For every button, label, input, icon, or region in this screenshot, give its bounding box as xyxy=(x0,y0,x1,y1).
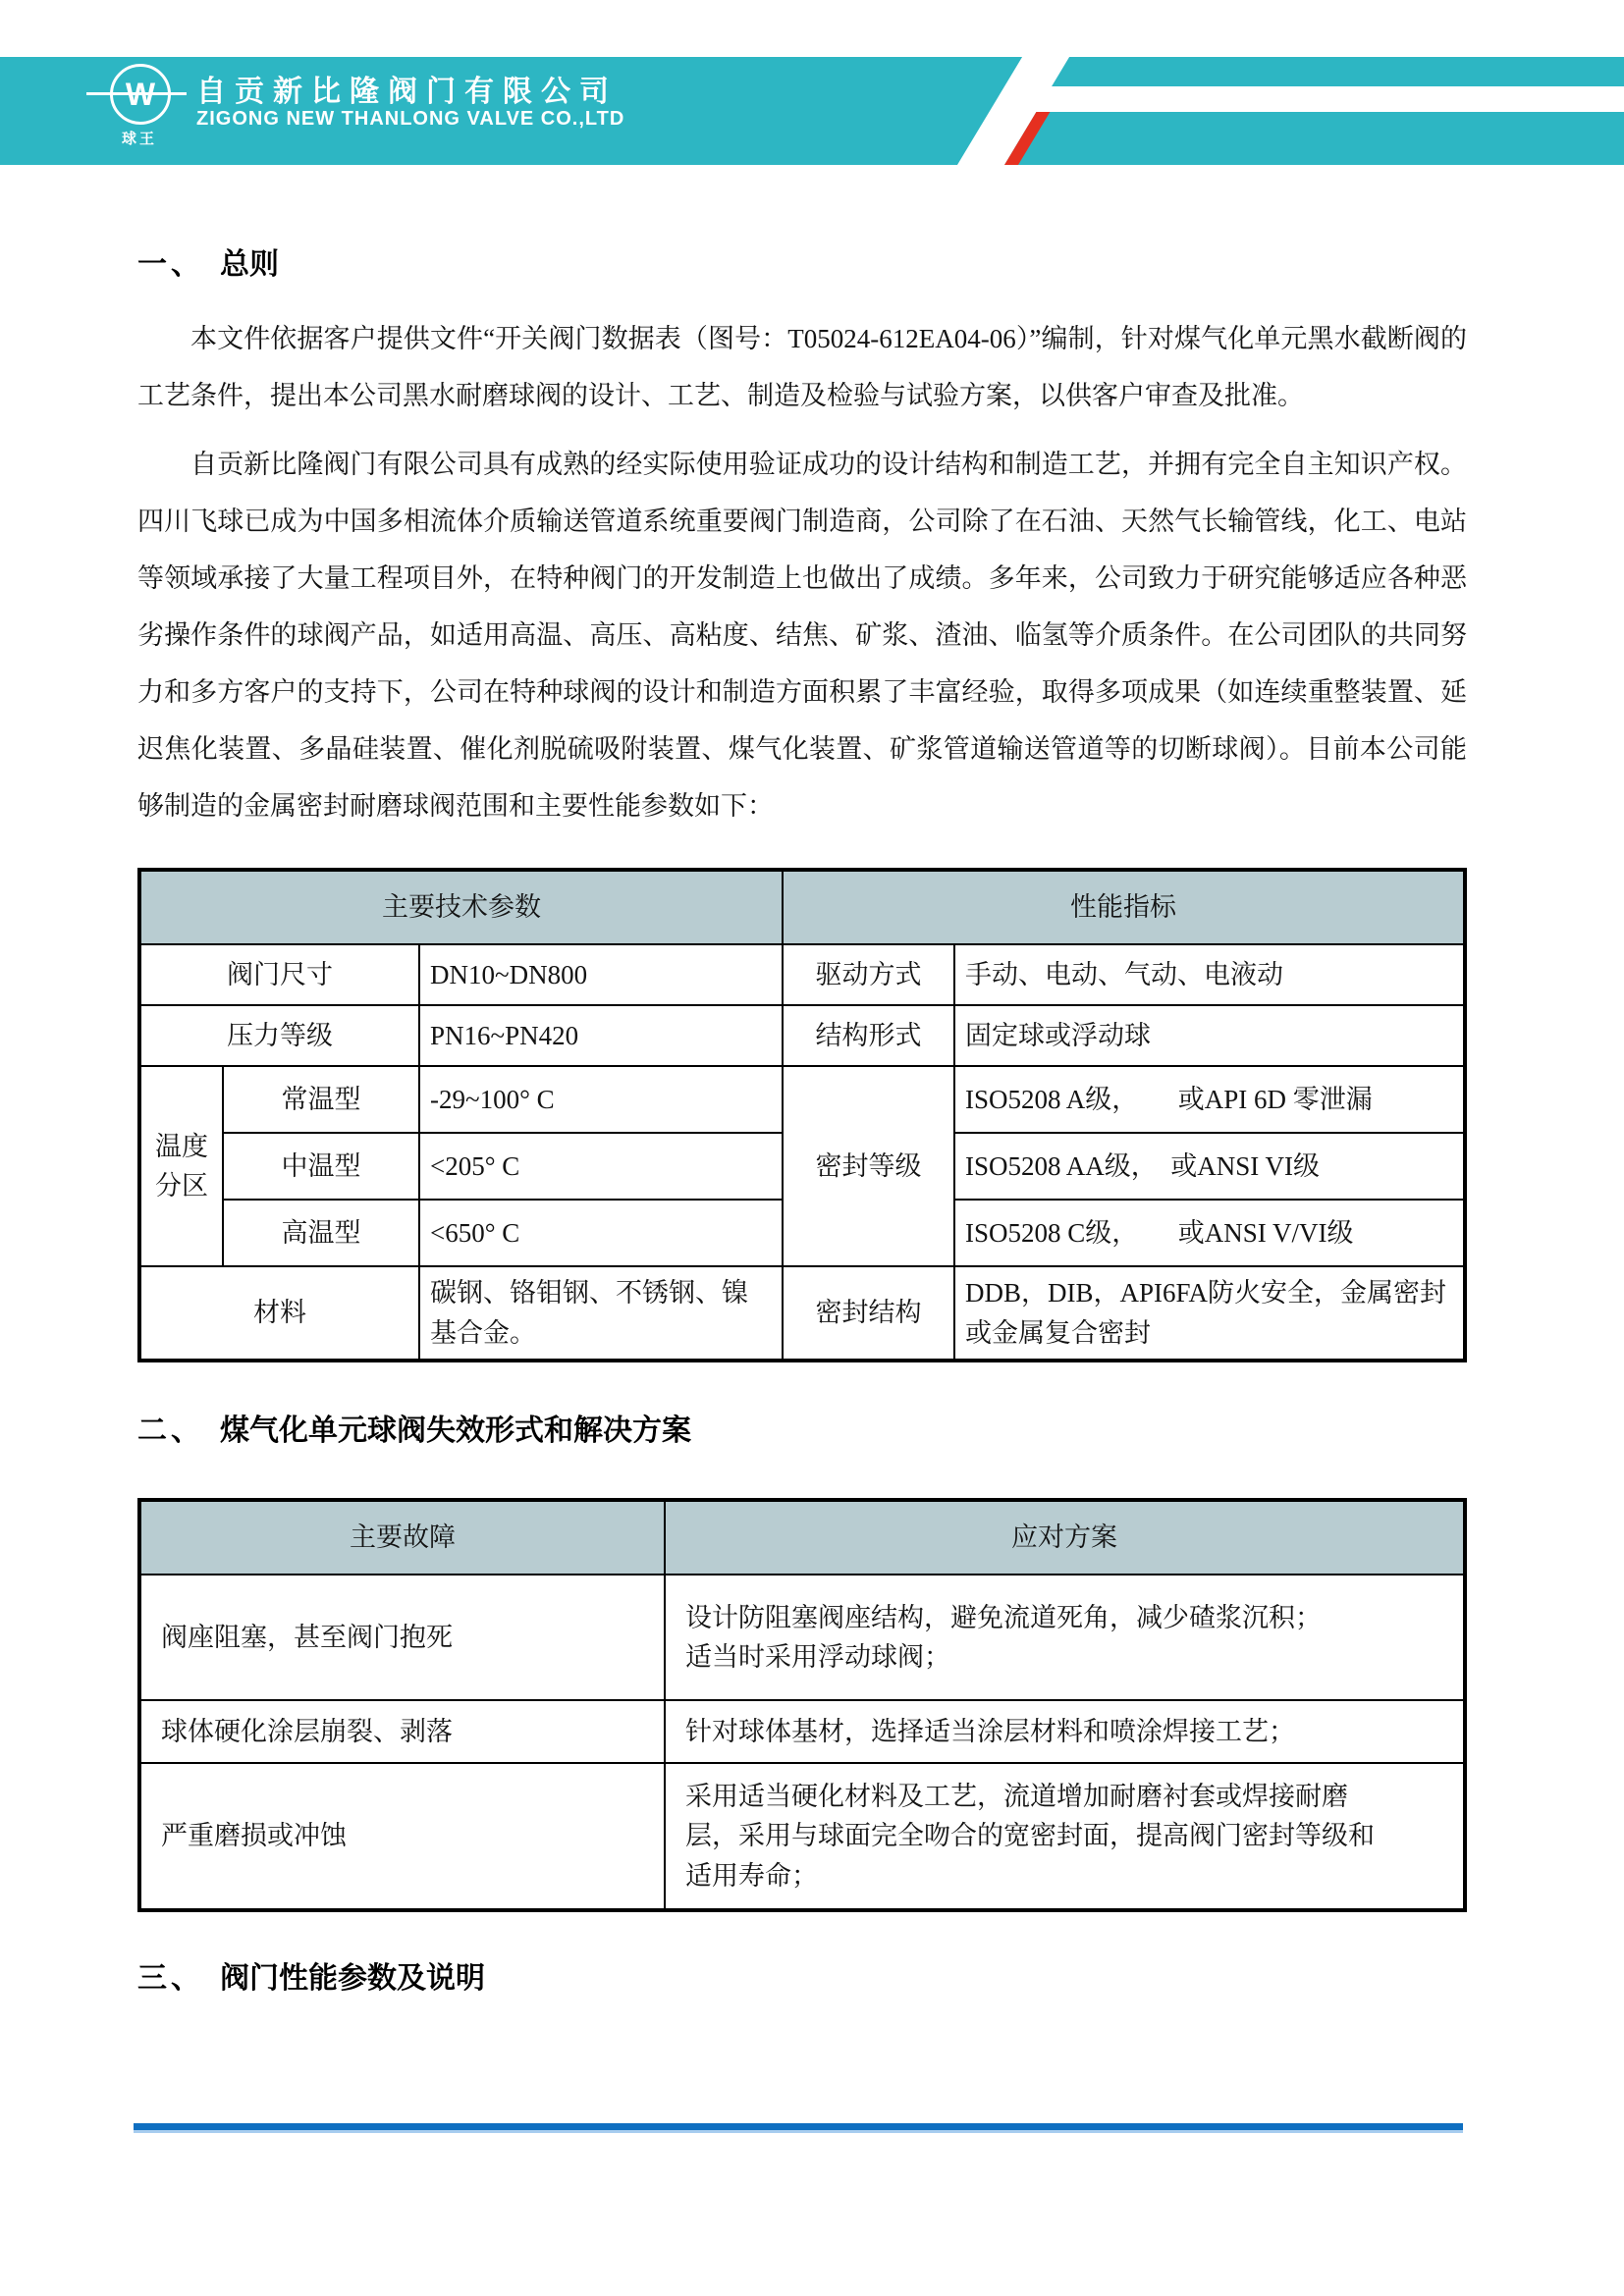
t1-temp-normal-value: -29~100° C xyxy=(419,1066,783,1133)
t1-structure-value: 固定球或浮动球 xyxy=(954,1005,1465,1066)
t1-temp-normal-label: 常温型 xyxy=(223,1066,419,1133)
section-1-paragraph-1: 本文件依据客户提供文件“开关阀门数据表（图号：T05024-612EA04-06… xyxy=(137,310,1467,424)
t2-row2-fault: 球体硬化涂层崩裂、剥落 xyxy=(139,1700,665,1763)
t1-temp-mid-label: 中温型 xyxy=(223,1133,419,1200)
section-1-title: 总则 xyxy=(220,240,279,283)
t1-seal-grade-label: 密封等级 xyxy=(783,1066,954,1266)
table-row: 主要故障 应对方案 xyxy=(139,1500,1465,1575)
t1-seal-structure-label: 密封结构 xyxy=(783,1266,954,1361)
t2-row3-solution: 采用适当硬化材料及工艺，流道增加耐磨衬套或焊接耐磨 层，采用与球面完全吻合的宽密… xyxy=(665,1763,1465,1910)
t1-size-label: 阀门尺寸 xyxy=(139,944,419,1005)
t1-seal-grade-aa: ISO5208 AA级， 或ANSI VI级 xyxy=(954,1133,1465,1200)
failure-modes-table: 主要故障 应对方案 阀座阻塞，甚至阀门抱死 设计防阻塞阀座结构，避免流道死角，减… xyxy=(137,1498,1467,1912)
table-row: 温度分区 常温型 -29~100° C 密封等级 ISO5208 A级， 或AP… xyxy=(139,1066,1465,1133)
table-row: 阀门尺寸 DN10~DN800 驱动方式 手动、电动、气动、电液动 xyxy=(139,944,1465,1005)
section-3-heading: 三、 阀门性能参数及说明 xyxy=(137,1953,1467,1997)
t1-drive-value: 手动、电动、气动、电液动 xyxy=(954,944,1465,1005)
t2-row1-fault: 阀座阻塞，甚至阀门抱死 xyxy=(139,1575,665,1700)
t1-pressure-value: PN16~PN420 xyxy=(419,1005,783,1066)
section-3-number: 三、 xyxy=(137,1953,204,1997)
t1-seal-grade-a: ISO5208 A级， 或API 6D 零泄漏 xyxy=(954,1066,1465,1133)
section-2-heading: 二、 煤气化单元球阀失效形式和解决方案 xyxy=(137,1406,1467,1449)
document-page: W 球王 自贡新比隆阀门有限公司 ZIGONG NEW THANLONG VAL… xyxy=(0,0,1624,2296)
footer-divider xyxy=(134,2123,1463,2133)
t2-header-solution: 应对方案 xyxy=(665,1500,1465,1575)
t1-temp-group-label: 温度分区 xyxy=(139,1066,223,1266)
section-2-number: 二、 xyxy=(137,1406,204,1449)
t1-size-value: DN10~DN800 xyxy=(419,944,783,1005)
section-3-title: 阀门性能参数及说明 xyxy=(220,1953,485,1997)
table-row: 主要技术参数 性能指标 xyxy=(139,870,1465,944)
company-banner: W 球王 自贡新比隆阀门有限公司 ZIGONG NEW THANLONG VAL… xyxy=(0,57,1624,165)
t1-seal-structure-value: DDB，DIB，API6FA防火安全，金属密封或金属复合密封 xyxy=(954,1266,1465,1361)
section-2-title: 煤气化单元球阀失效形式和解决方案 xyxy=(220,1406,691,1449)
t1-temp-mid-value: <205° C xyxy=(419,1133,783,1200)
t1-drive-label: 驱动方式 xyxy=(783,944,954,1005)
t2-row1-solution: 设计防阻塞阀座结构，避免流道死角，减少碴浆沉积； 适当时采用浮动球阀； xyxy=(665,1575,1465,1700)
table-row: 阀座阻塞，甚至阀门抱死 设计防阻塞阀座结构，避免流道死角，减少碴浆沉积； 适当时… xyxy=(139,1575,1465,1700)
table-row: 严重磨损或冲蚀 采用适当硬化材料及工艺，流道增加耐磨衬套或焊接耐磨 层，采用与球… xyxy=(139,1763,1465,1910)
technical-parameters-table: 主要技术参数 性能指标 阀门尺寸 DN10~DN800 驱动方式 手动、电动、气… xyxy=(137,868,1467,1362)
t2-row2-solution: 针对球体基材，选择适当涂层材料和喷涂焊接工艺； xyxy=(665,1700,1465,1763)
section-1-heading: 一、 总则 xyxy=(137,240,1467,283)
t2-row3-fault: 严重磨损或冲蚀 xyxy=(139,1763,665,1910)
logo-letter: W xyxy=(126,77,155,113)
t1-pressure-label: 压力等级 xyxy=(139,1005,419,1066)
section-1-number: 一、 xyxy=(137,240,204,283)
table-row: 压力等级 PN16~PN420 结构形式 固定球或浮动球 xyxy=(139,1005,1465,1066)
company-logo-icon: W xyxy=(110,64,171,125)
document-body: 一、 总则 本文件依据客户提供文件“开关阀门数据表（图号：T05024-612E… xyxy=(137,165,1467,1997)
t1-temp-high-value: <650° C xyxy=(419,1200,783,1266)
t1-seal-grade-c: ISO5208 C级， 或ANSI V/VI级 xyxy=(954,1200,1465,1266)
t1-material-label: 材料 xyxy=(139,1266,419,1361)
table-row: 球体硬化涂层崩裂、剥落 针对球体基材，选择适当涂层材料和喷涂焊接工艺； xyxy=(139,1700,1465,1763)
t1-header-left: 主要技术参数 xyxy=(139,870,783,944)
banner-horizontal-white-stripe xyxy=(1025,86,1624,112)
t1-structure-label: 结构形式 xyxy=(783,1005,954,1066)
t2-header-fault: 主要故障 xyxy=(139,1500,665,1575)
logo-caption: 球王 xyxy=(108,128,171,148)
t1-header-right: 性能指标 xyxy=(783,870,1465,944)
t1-material-value: 碳钢、铬钼钢、不锈钢、镍基合金。 xyxy=(419,1266,783,1361)
company-name-en: ZIGONG NEW THANLONG VALVE CO.,LTD xyxy=(196,108,624,131)
company-name-zh: 自贡新比隆阀门有限公司 xyxy=(196,67,618,110)
section-1-paragraph-2: 自贡新比隆阀门有限公司具有成熟的经实际使用验证成功的设计结构和制造工艺，并拥有完… xyxy=(137,436,1467,834)
table-row: 材料 碳钢、铬钼钢、不锈钢、镍基合金。 密封结构 DDB，DIB，API6FA防… xyxy=(139,1266,1465,1361)
t1-temp-high-label: 高温型 xyxy=(223,1200,419,1266)
